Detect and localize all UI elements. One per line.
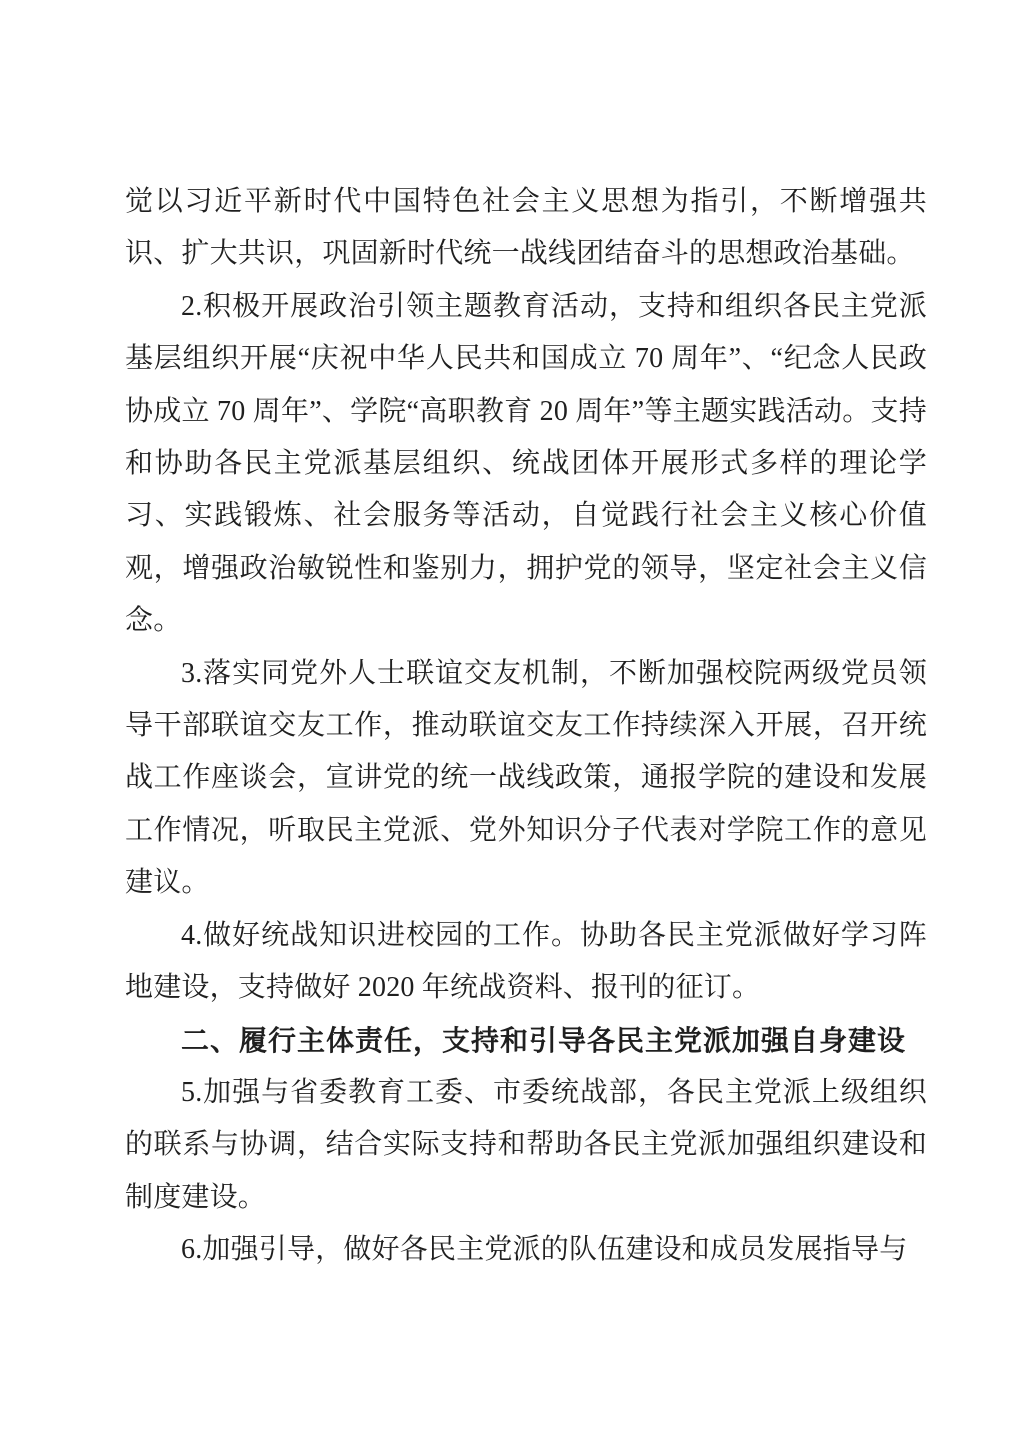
- body-paragraph: 5.加强与省委教育工委、市委统战部，各民主党派上级组织的联系与协调，结合实际支持…: [125, 1067, 927, 1224]
- document-text-body: 觉以习近平新时代中国特色社会主义思想为指引，不断增强共识、扩大共识，巩固新时代统…: [125, 176, 927, 1277]
- section-heading: 二、履行主体责任，支持和引导各民主党派加强自身建设: [125, 1015, 927, 1067]
- body-paragraph: 4.做好统战知识进校园的工作。协助各民主党派做好学习阵地建设，支持做好 2020…: [125, 910, 927, 1015]
- body-paragraph: 觉以习近平新时代中国特色社会主义思想为指引，不断增强共识、扩大共识，巩固新时代统…: [125, 176, 927, 281]
- body-paragraph: 6.加强引导，做好各民主党派的队伍建设和成员发展指导与: [125, 1224, 927, 1276]
- document-page: 觉以习近平新时代中国特色社会主义思想为指引，不断增强共识、扩大共识，巩固新时代统…: [0, 0, 1024, 1448]
- body-paragraph: 3.落实同党外人士联谊交友机制，不断加强校院两级党员领导干部联谊交友工作，推动联…: [125, 648, 927, 910]
- body-paragraph: 2.积极开展政治引领主题教育活动，支持和组织各民主党派基层组织开展“庆祝中华人民…: [125, 281, 927, 648]
